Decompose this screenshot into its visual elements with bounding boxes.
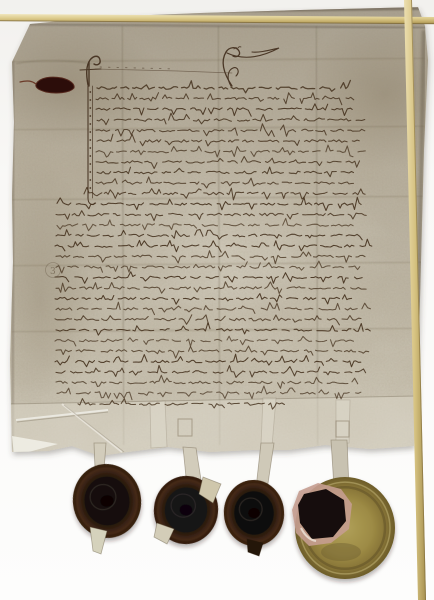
archival-mark-number: 3 [50, 267, 56, 277]
charter-photo-canvas: 3 [0, 0, 434, 600]
charter-photo: 3 [0, 0, 434, 600]
